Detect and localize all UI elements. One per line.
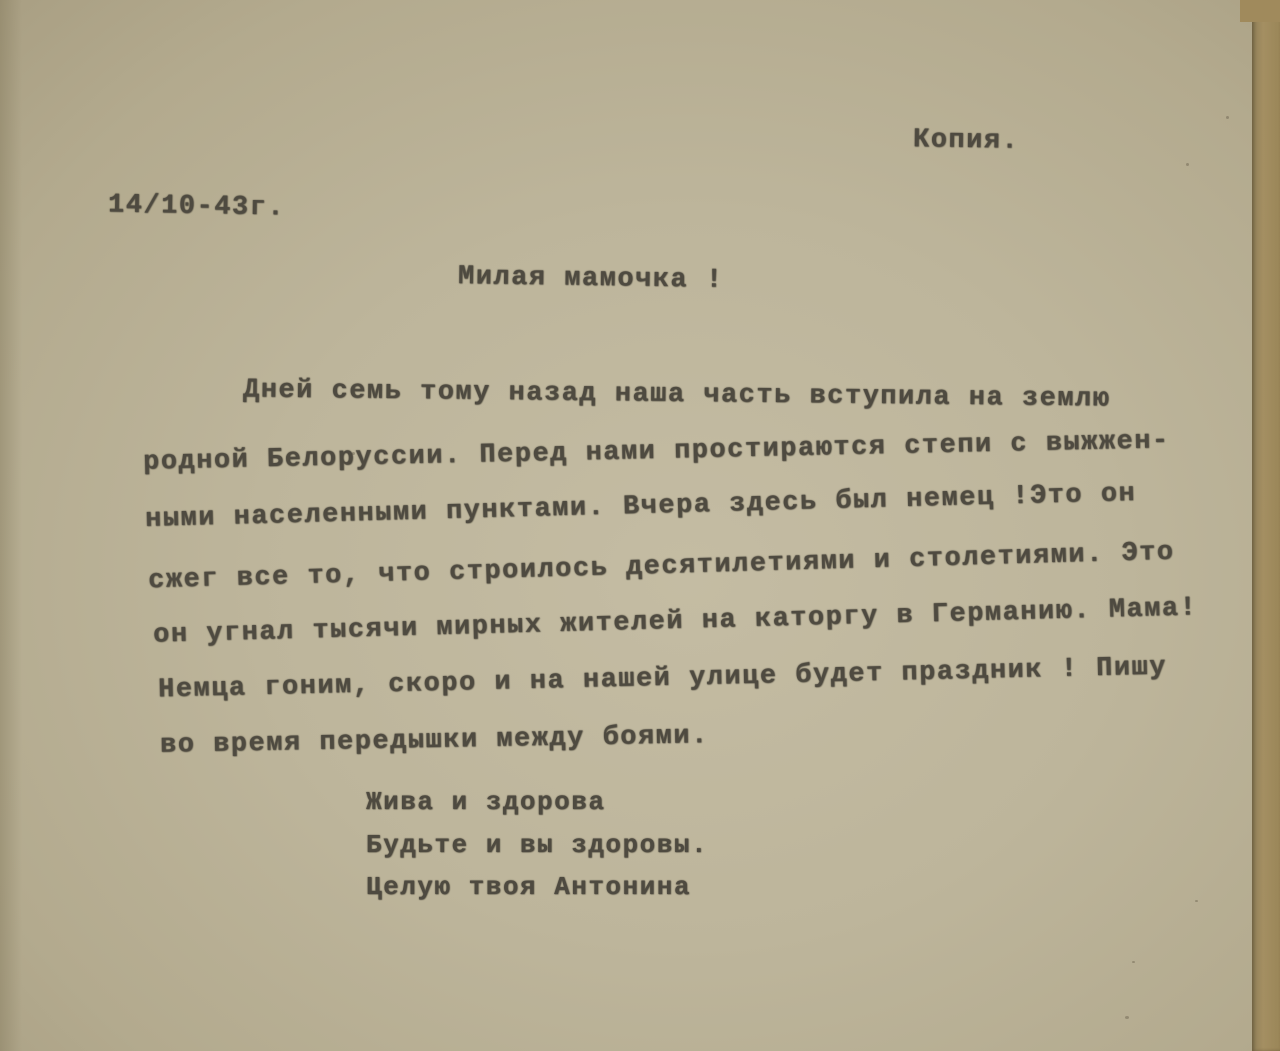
folder-edge-strip — [1252, 0, 1280, 1051]
copy-mark: Копия. — [913, 125, 1020, 156]
signature-line: Целую твоя Антонина — [366, 872, 691, 902]
folder-corner — [1240, 0, 1280, 22]
salutation: Милая мамочка ! — [458, 262, 724, 296]
paper-edge-shadow — [0, 0, 22, 1051]
letter-date: 14/10-43г. — [108, 190, 286, 223]
closing-line: Будьте и вы здоровы. — [366, 830, 708, 860]
closing-line: Жива и здорова — [366, 787, 605, 817]
